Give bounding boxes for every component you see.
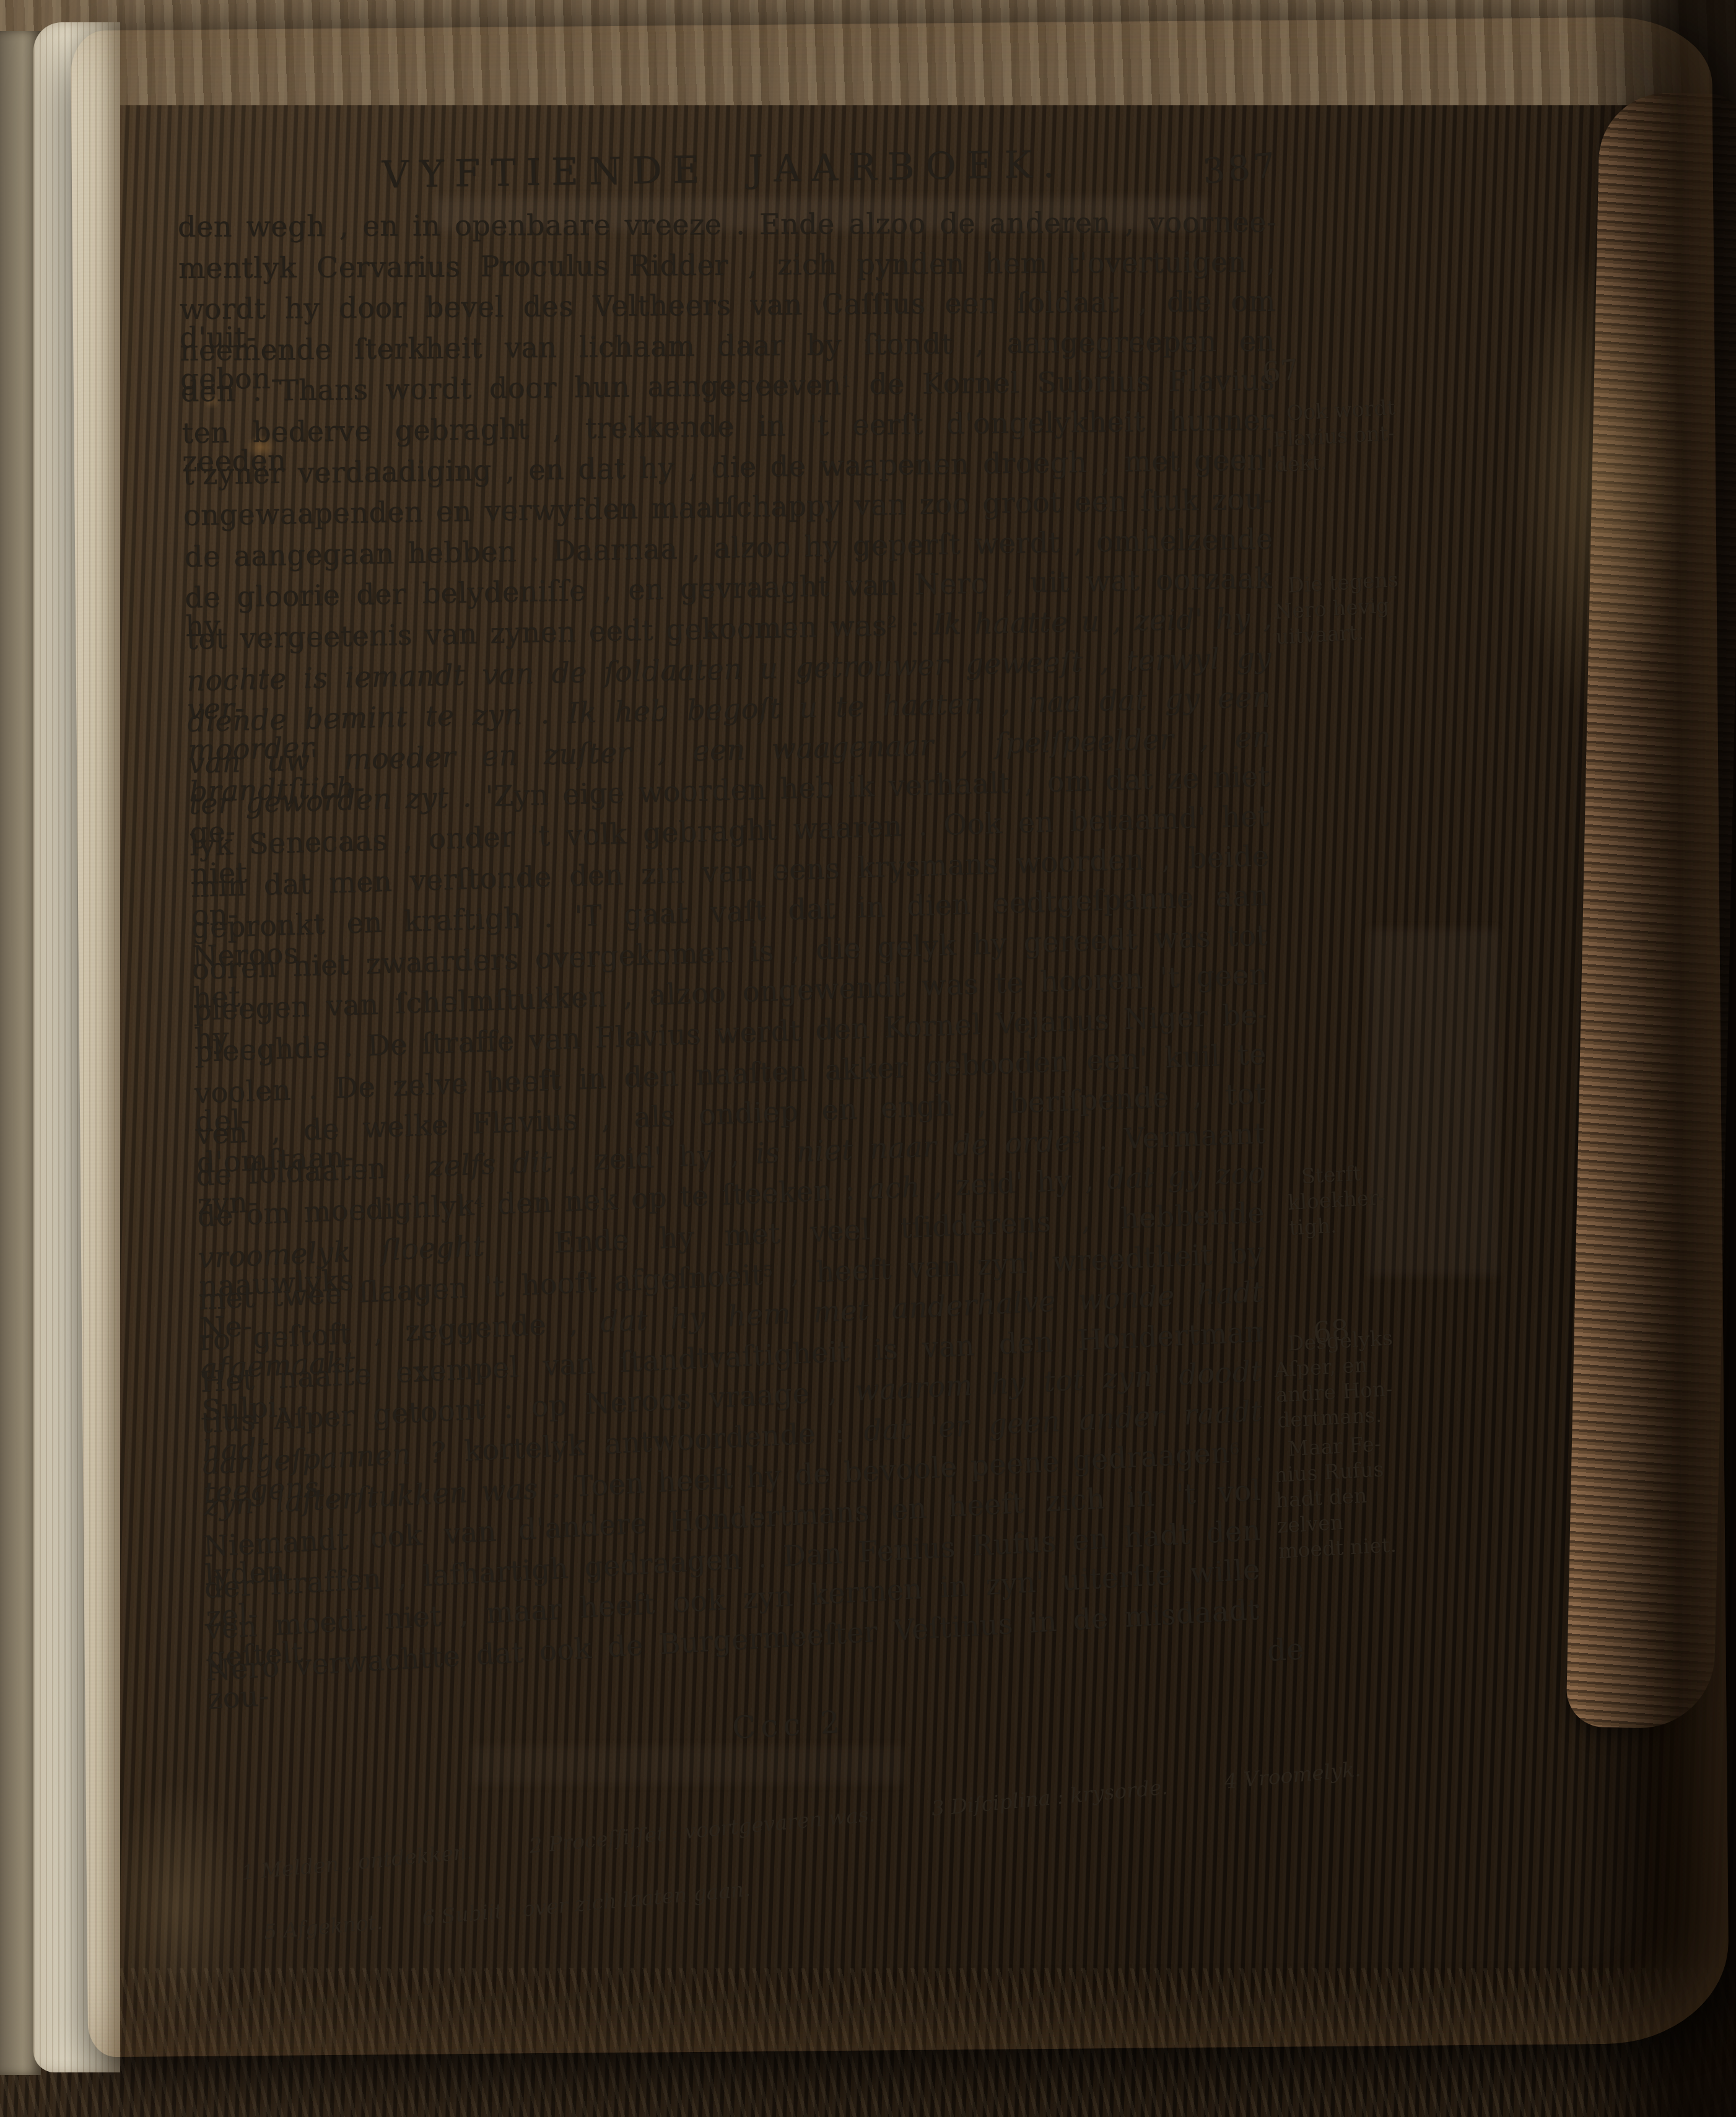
margin-note: Ook wordtFlavius ont-dekt. (1271, 393, 1431, 478)
signature-mark: Ccc 2 (731, 1704, 846, 1746)
margin-note: DesgelyksAſper, enandre Hon-dertmans. (1272, 1323, 1434, 1433)
margin-section-number: 67 (1260, 352, 1300, 390)
margin-note: Maar Fe-nius Rufushadt denzelvenmoedt ni… (1272, 1428, 1435, 1564)
margin-note: Die tegensNero heviguitvaart. (1272, 565, 1432, 650)
body-line: den wegh , en in openbaare vreeze . Ende… (178, 207, 1276, 241)
catchword: de (1266, 1631, 1304, 1668)
margin-note: Sterftkloekher-tigh. (1286, 1156, 1446, 1241)
body-line: mentlyk Cervarius Proculus Ridder , zich… (178, 247, 1276, 282)
page-number: 387 (1201, 146, 1280, 192)
book-photo: VYFTIENDE JAARBOEK. 387 den wegh , en in… (0, 0, 1736, 2117)
